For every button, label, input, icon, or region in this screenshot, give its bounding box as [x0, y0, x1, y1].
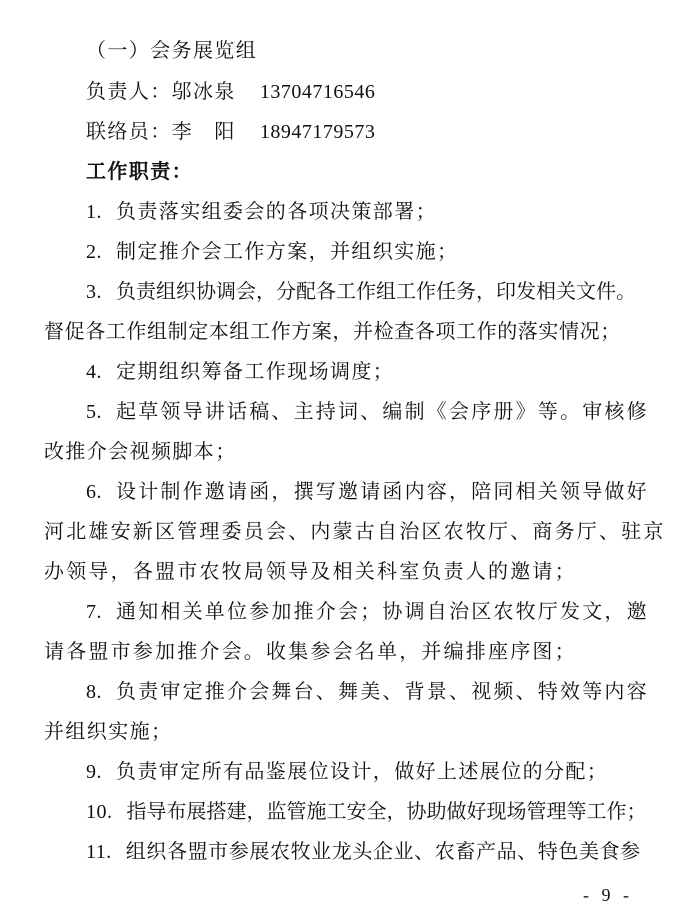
duty-item-2: 2.制定推介会工作方案，并组织实施；: [86, 239, 458, 264]
page-number: - 9 -: [583, 884, 633, 906]
duty-item-4: 4.定期组织筹备工作现场调度；: [86, 359, 394, 384]
duty-item-3-continuation: 督促各工作组制定本组工作方案，并检查各项工作的落实情况；: [44, 319, 621, 343]
duty-number: 11.: [86, 841, 112, 863]
duty-number: 2.: [86, 241, 102, 263]
duty-text: 起草领导讲话稿、主持词、编制《会序册》等。审核修: [116, 399, 649, 423]
liaison-label: 联络员：: [86, 119, 172, 143]
duty-item-8-continuation: 并组织实施；: [44, 719, 172, 743]
duty-text: 指导布展搭建，监管施工安全，协助做好现场管理等工作；: [127, 799, 647, 823]
duty-item-8: 8.负责审定推介会舞台、舞美、背景、视频、特效等内容: [86, 679, 649, 704]
duty-text: 负责落实组委会的各项决策部署；: [116, 199, 437, 223]
duty-item-6-continuation-1: 河北雄安新区管理委员会、内蒙古自治区农牧厅、商务厅、驻京: [44, 519, 666, 543]
duty-number: 7.: [86, 601, 102, 623]
duty-item-5-continuation: 改推介会视频脚本；: [44, 439, 237, 463]
duty-item-6: 6.设计制作邀请函，撰写邀请函内容，陪同相关领导做好: [86, 479, 649, 504]
duty-number: 10.: [86, 801, 113, 823]
document-page: （一）会务展览组 负责人：邬冰泉13704716546 联络员：李 阳18947…: [0, 0, 691, 912]
duty-text: 负责组织协调会，分配各工作组工作任务，印发相关文件。: [116, 279, 636, 303]
duty-item-7-continuation: 请各盟市参加推介会。收集参会名单，并编排座序图；: [44, 639, 577, 663]
duty-text: 定期组织筹备工作现场调度；: [116, 359, 394, 383]
duty-text: 制定推介会工作方案，并组织实施；: [116, 239, 458, 263]
duty-number: 1.: [86, 201, 102, 223]
duty-item-3: 3.负责组织协调会，分配各工作组工作任务，印发相关文件。: [86, 279, 636, 304]
duty-item-5: 5.起草领导讲话稿、主持词、编制《会序册》等。审核修: [86, 399, 649, 424]
responsible-phone: 13704716546: [260, 81, 376, 103]
duty-number: 8.: [86, 681, 102, 703]
duty-item-10: 10.指导布展搭建，监管施工安全，协助做好现场管理等工作；: [86, 799, 647, 824]
duty-number: 6.: [86, 481, 102, 503]
duty-item-1: 1.负责落实组委会的各项决策部署；: [86, 199, 437, 224]
liaison-phone: 18947179573: [260, 121, 376, 143]
duty-text: 通知相关单位参加推介会；协调自治区农牧厅发文，邀: [116, 599, 649, 623]
duty-text: 设计制作邀请函，撰写邀请函内容，陪同相关领导做好: [116, 479, 649, 503]
duties-heading: 工作职责：: [86, 159, 193, 183]
duty-text: 组织各盟市参展农牧业龙头企业、农畜产品、特色美食参: [126, 839, 641, 863]
duty-item-6-continuation-2: 办领导，各盟市农牧局领导及相关科室负责人的邀请；: [44, 559, 577, 583]
section-heading: （一）会务展览组: [86, 38, 257, 62]
duty-item-9: 9.负责审定所有品鉴展位设计，做好上述展位的分配；: [86, 759, 608, 784]
duty-text: 负责审定所有品鉴展位设计，做好上述展位的分配；: [116, 759, 608, 783]
duty-text: 负责审定推介会舞台、舞美、背景、视频、特效等内容: [116, 679, 649, 703]
responsible-name: 邬冰泉: [172, 79, 236, 103]
liaison-line: 联络员：李 阳18947179573: [86, 119, 375, 144]
duty-number: 5.: [86, 401, 102, 423]
duty-number: 9.: [86, 761, 102, 783]
duty-item-7: 7.通知相关单位参加推介会；协调自治区农牧厅发文，邀: [86, 599, 649, 624]
duty-number: 4.: [86, 361, 102, 383]
responsible-person-line: 负责人：邬冰泉13704716546: [86, 79, 375, 104]
liaison-name: 李 阳: [172, 119, 236, 143]
duty-number: 3.: [86, 281, 102, 303]
responsible-label: 负责人：: [86, 79, 172, 103]
duty-item-11: 11.组织各盟市参展农牧业龙头企业、农畜产品、特色美食参: [86, 839, 641, 864]
